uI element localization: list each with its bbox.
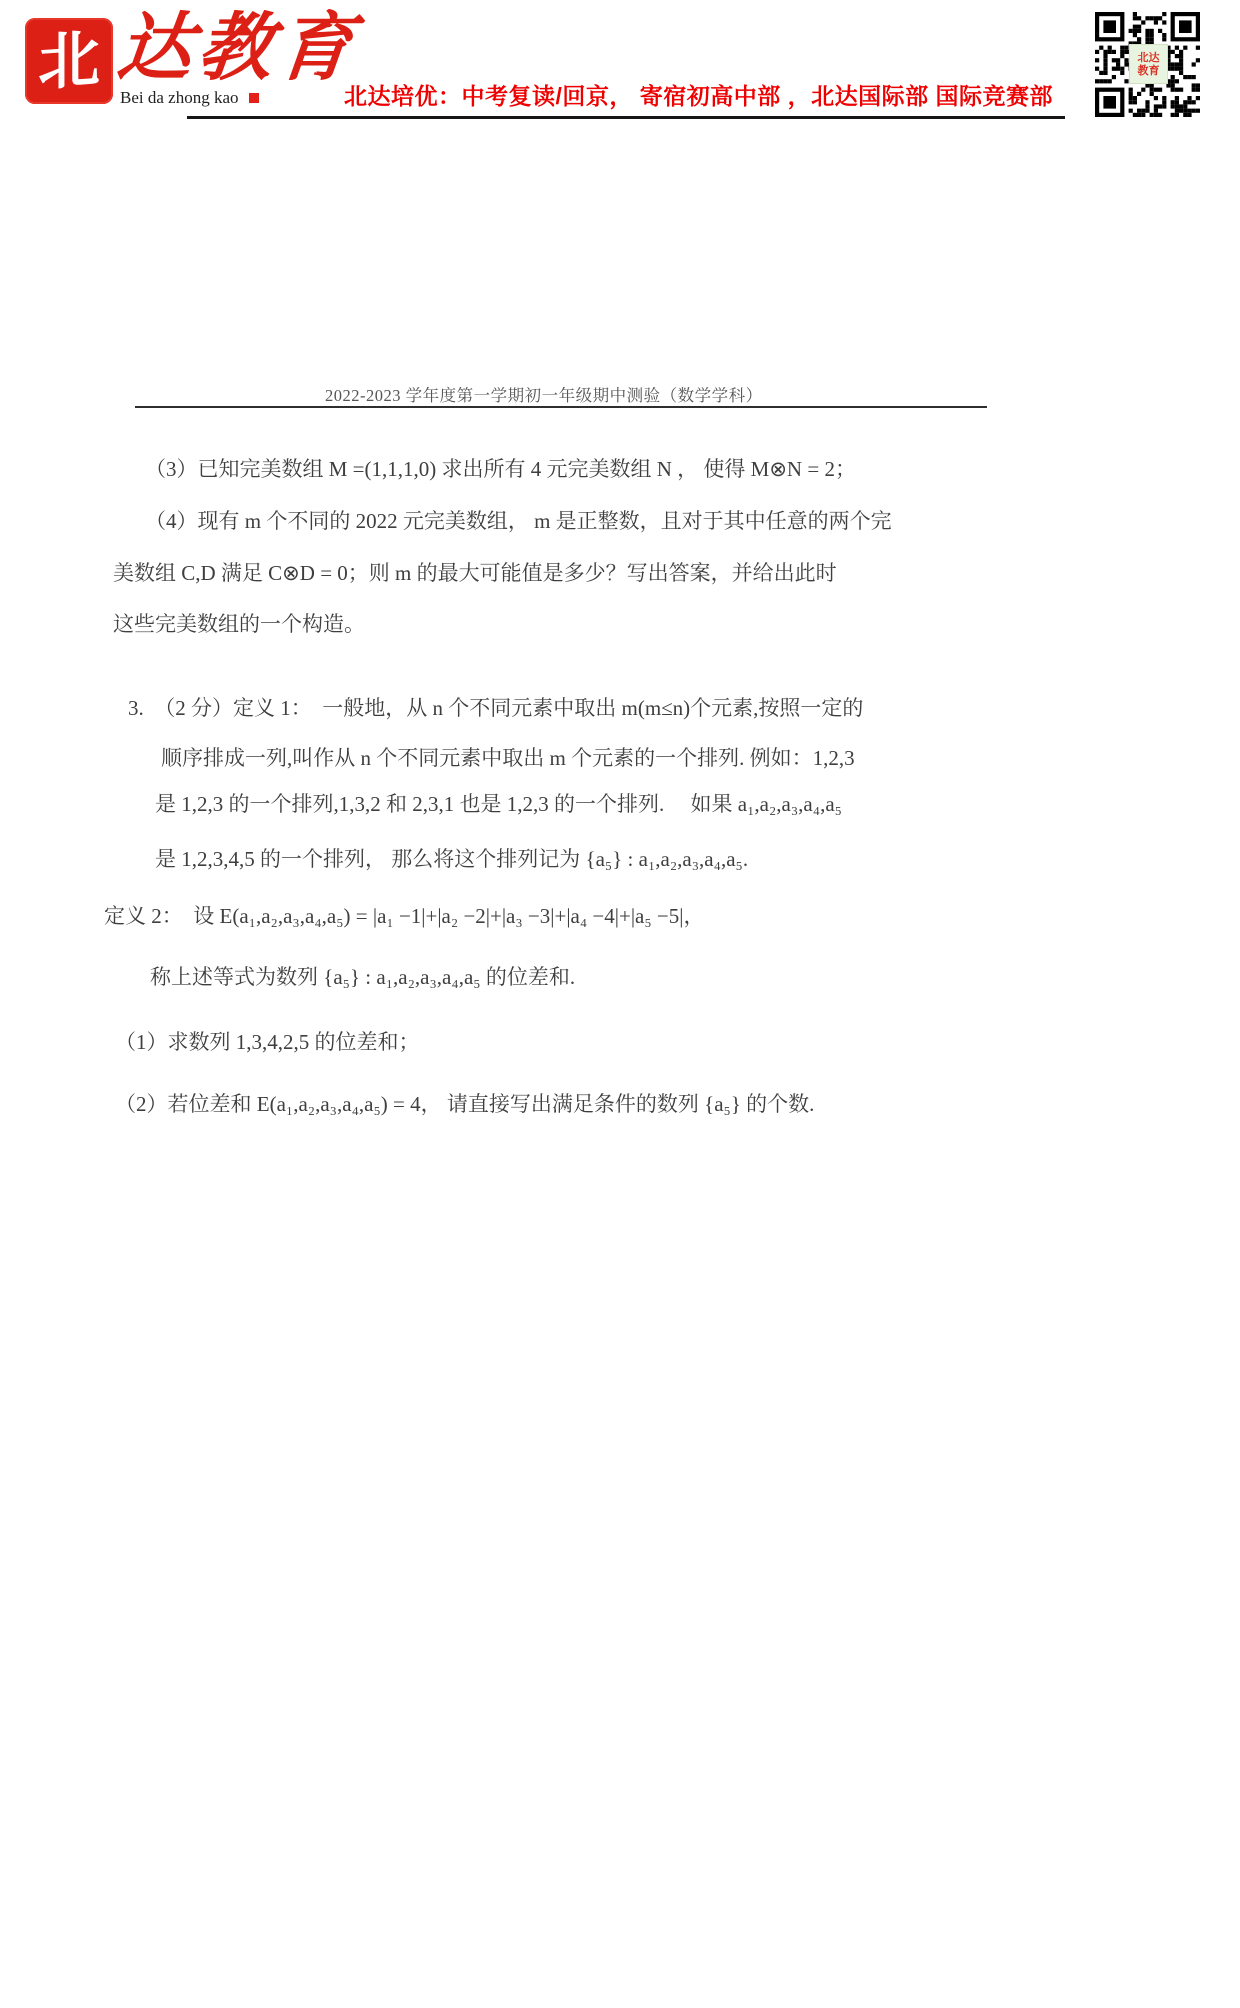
doc-line-sub1: （1）求数列 1,3,4,2,5 的位差和；: [115, 1029, 420, 1055]
brand-logo-pinyin: Bei da zhong kao: [120, 88, 239, 107]
doc-title: 2022-2023 学年度第一学期初一年级期中测验（数学学科）: [325, 382, 763, 406]
brand-seal-char: 北: [38, 28, 100, 94]
doc-line-def2-1: 定义 2： 设 E(a₁,a₂,a₃,a₄,a₅) = |a₁ −1|+|a₂ …: [104, 903, 704, 929]
header-slogan: 北达培优：中考复读/回京， 寄宿初高中部 ，北达国际部 国际竞赛部: [344, 78, 1053, 111]
qr-center-logo: 北达 教育: [1129, 44, 1168, 84]
doc-line-def1-2: 顺序排成一列,叫作从 n 个不同元素中取出 m 个元素的一个排列. 例如：1,2…: [161, 745, 855, 771]
doc-line-q3: （3）已知完美数组 M =(1,1,1,0) 求出所有 4 元完美数组 N ， …: [145, 456, 856, 482]
brand-logo-subtitle: Bei da zhong kao: [120, 88, 259, 108]
doc-line-q4-2: 美数组 C,D 满足 C⊗D = 0；则 m 的最大可能值是多少？写出答案，并给…: [113, 560, 837, 586]
doc-line-def1-1: 3. （2 分）定义 1： 一般地，从 n 个不同元素中取出 m(m≤n)个元素…: [128, 695, 863, 721]
doc-line-def2-2: 称上述等式为数列 {a₅} : a₁,a₂,a₃,a₄,a₅ 的位差和.: [150, 964, 575, 990]
doc-line-q4-1: （4）现有 m 个不同的 2022 元完美数组， m 是正整数，且对于其中任意的…: [145, 508, 892, 534]
qr-center-text-1: 北达: [1138, 51, 1160, 64]
qr-code: 北达 教育: [1093, 10, 1202, 119]
scanned-page: 北 达教育 Bei da zhong kao 北达培优：中考复读/回京， 寄宿初…: [0, 0, 1240, 2008]
brand-seal-icon: 北: [25, 18, 113, 104]
doc-title-divider: [135, 406, 987, 408]
doc-line-sub2: （2）若位差和 E(a₁,a₂,a₃,a₄,a₅) = 4， 请直接写出满足条件…: [115, 1091, 814, 1117]
doc-line-q4-3: 这些完美数组的一个构造。: [113, 611, 365, 637]
red-square-icon: [249, 93, 259, 103]
header: 北 达教育 Bei da zhong kao 北达培优：中考复读/回京， 寄宿初…: [0, 0, 1240, 130]
doc-line-def1-3: 是 1,2,3 的一个排列,1,3,2 和 2,3,1 也是 1,2,3 的一个…: [155, 791, 842, 817]
brand-logo-text: 达教育: [114, 8, 363, 89]
qr-center-text-2: 教育: [1138, 64, 1160, 77]
header-divider: [187, 116, 1065, 119]
doc-line-def1-4: 是 1,2,3,4,5 的一个排列， 那么将这个排列记为 {a₅} : a₁,a…: [155, 846, 748, 872]
